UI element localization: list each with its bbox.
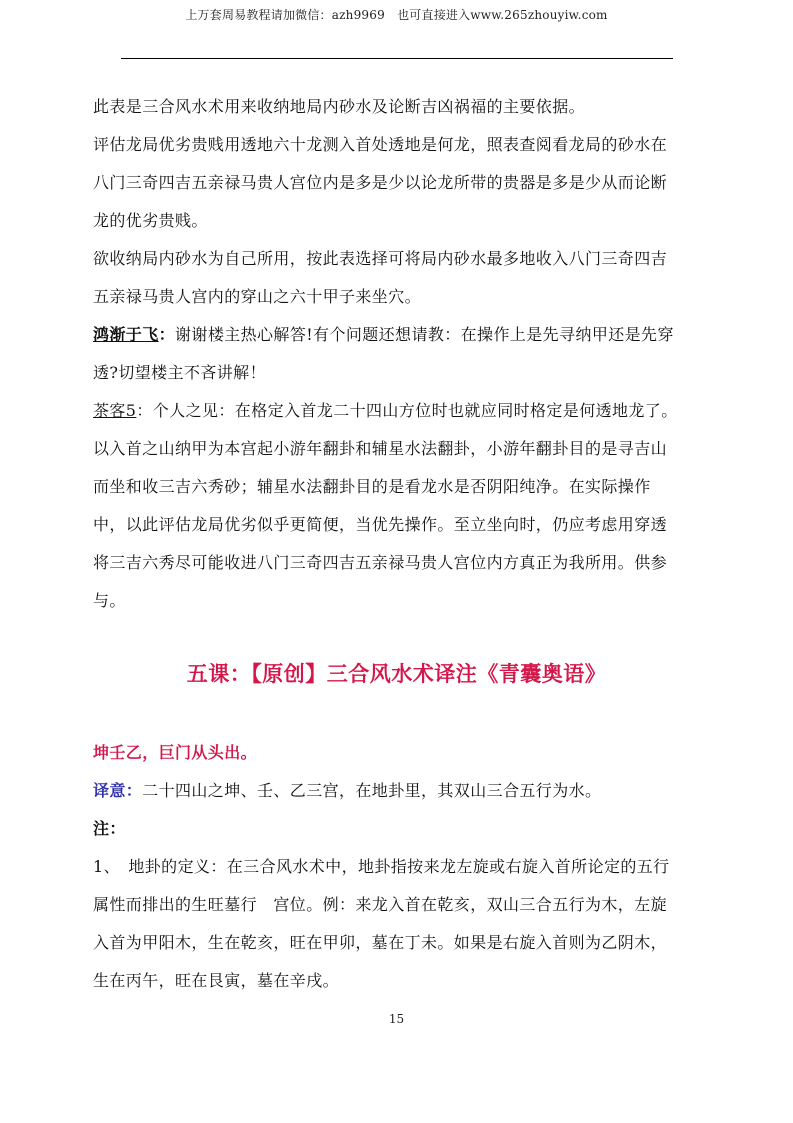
notes-heading: 注：	[93, 810, 683, 848]
reply-1-colon: ：	[159, 325, 175, 344]
page-header-watermark: 上万套周易教程请加微信：azh9969 也可直接进入www.265zhouyiw…	[0, 6, 793, 23]
paragraph-1: 此表是三合风水术用来收纳地局内砂水及论断吉凶祸福的主要依据。	[93, 88, 683, 126]
reply-1-speaker: 鸿渐于飞	[93, 325, 159, 344]
header-divider	[121, 58, 673, 59]
paragraph-2: 评估龙局优劣贵贱用透地六十龙测入首处透地是何龙，照表查阅看龙局的砂水在八门三奇四…	[93, 126, 683, 240]
reply-2-colon: ：	[136, 401, 152, 420]
section-title: 五课：【原创】三合风水术译注《青囊奥语》	[0, 658, 793, 688]
reply-2: 茶客5：个人之见：在格定入首龙二十四山方位时也就应同时格定是何透地龙了。以入首之…	[93, 392, 683, 620]
translation-text: 二十四山之坤、壬、乙三宫，在地卦里，其双山三合五行为水。	[142, 781, 601, 800]
reply-2-text: 个人之见：在格定入首龙二十四山方位时也就应同时格定是何透地龙了。以入首之山纳甲为…	[93, 401, 678, 610]
translation-label: 译意：	[93, 781, 142, 800]
notes-label: 注：	[93, 819, 126, 838]
reply-2-speaker: 茶客5	[93, 401, 136, 420]
note-1: 1、 地卦的定义：在三合风水术中，地卦指按来龙左旋或右旋入首所论定的五行属性而排…	[93, 848, 683, 1000]
upper-content: 此表是三合风水术用来收纳地局内砂水及论断吉凶祸福的主要依据。 评估龙局优劣贵贱用…	[93, 88, 683, 620]
verse-line: 坤壬乙，巨门从头出。	[93, 734, 683, 772]
section-content: 坤壬乙，巨门从头出。 译意：二十四山之坤、壬、乙三宫，在地卦里，其双山三合五行为…	[93, 734, 683, 1000]
reply-1: 鸿渐于飞：谢谢楼主热心解答!有个问题还想请教：在操作上是先寻纳甲还是先穿透?切望…	[93, 316, 683, 392]
translation: 译意：二十四山之坤、壬、乙三宫，在地卦里，其双山三合五行为水。	[93, 772, 683, 810]
paragraph-3: 欲收纳局内砂水为自己所用，按此表选择可将局内砂水最多地收入八门三奇四吉五亲禄马贵…	[93, 240, 683, 316]
page-number: 15	[0, 1012, 793, 1026]
reply-1-text: 谢谢楼主热心解答!有个问题还想请教：在操作上是先寻纳甲还是先穿透?切望楼主不吝讲…	[93, 325, 674, 382]
